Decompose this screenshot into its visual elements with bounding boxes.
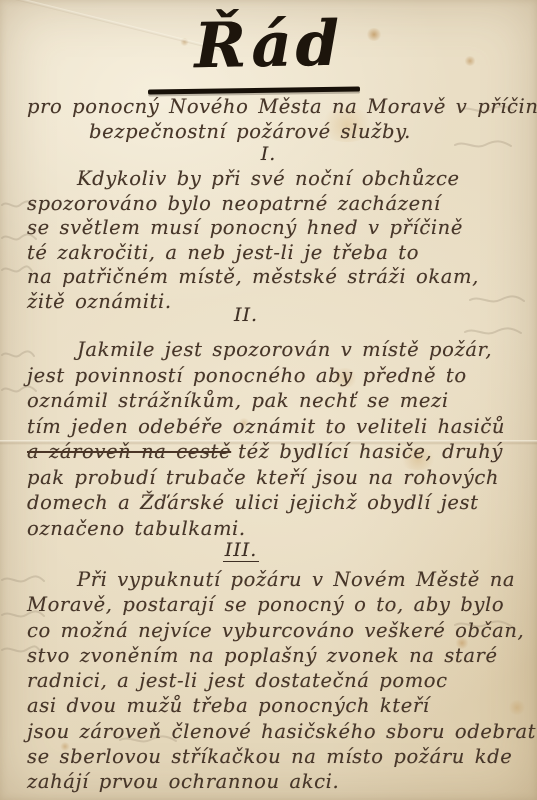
text-line: bezpečnostní požárové služby.	[89, 119, 523, 144]
text-line: oznámil strážníkům, pak nechť se mezi	[27, 388, 523, 414]
text-line: Moravě, postarají se ponocný o to, aby b…	[27, 592, 523, 617]
text-line: zahájí prvou ochrannou akci.	[27, 769, 523, 794]
paragraph-3: Při vypuknutí požáru v Novém Městě na Mo…	[27, 567, 523, 795]
text-line: Jakmile jest spozorován v místě požár,	[27, 337, 523, 363]
section-numeral-3: III.	[0, 539, 537, 561]
subtitle-line-2: bezpečnostní požárové služby.	[27, 119, 523, 144]
text-line: Při vypuknutí požáru v Novém Městě na	[27, 567, 523, 592]
document-title: Řád	[0, 3, 537, 85]
text-line: Kdykoliv by při své noční obchůzce	[27, 167, 523, 192]
text-line: pro ponocný Nového Města na Moravě v pří…	[27, 94, 523, 119]
text-line: na patřičném místě, městské stráži okam,	[27, 265, 523, 290]
text-after-strike: též bydlící hasiče, druhý	[238, 440, 503, 463]
text-line: co možná nejvíce vyburcováno veškeré obč…	[27, 618, 523, 643]
text-line: se světlem musí ponocný hned v příčině	[27, 216, 523, 241]
text-line: označeno tabulkami.	[27, 516, 523, 542]
text-line: jest povinností ponocného aby předně to	[27, 363, 523, 389]
text-line: pak probudí trubače kteří jsou na rohový…	[27, 465, 523, 491]
section-numeral-1: I.	[0, 143, 537, 165]
strikethrough-text: a zároveň na cestě	[27, 440, 231, 463]
text-line: domech a Žďárské ulici jejichž obydlí je…	[27, 490, 523, 516]
scanned-document-page: { "document": { "title": "Řád", "subtitl…	[0, 0, 537, 800]
text-line: se sberlovou stříkačkou na místo požáru …	[27, 744, 523, 769]
text-line: asi dvou mužů třeba ponocných kteří	[27, 693, 523, 718]
text-line: tím jeden odebéře oznámit to veliteli ha…	[27, 414, 523, 440]
text-line: stvo zvoněním na poplašný zvonek na star…	[27, 643, 523, 668]
text-line: spozorováno bylo neopatrné zacházení	[27, 192, 523, 217]
section-numeral-3-text: III.	[223, 539, 260, 562]
subtitle-line-1: pro ponocný Nového Města na Moravě v pří…	[27, 94, 523, 119]
text-line: jsou zároveň členové hasičského sboru od…	[27, 719, 523, 744]
text-line: té zakročiti, a neb jest-li je třeba to	[27, 241, 523, 266]
paragraph-2: Jakmile jest spozorován v místě požár, j…	[27, 337, 523, 541]
text-line: radnici, a jest-li jest dostatečná pomoc	[27, 668, 523, 693]
section-numeral-2: II.	[0, 304, 537, 326]
paragraph-1: Kdykoliv by při své noční obchůzce spozo…	[27, 167, 523, 314]
text-line-with-strikethrough: a zároveň na cestětéž bydlící hasiče, dr…	[27, 439, 523, 465]
